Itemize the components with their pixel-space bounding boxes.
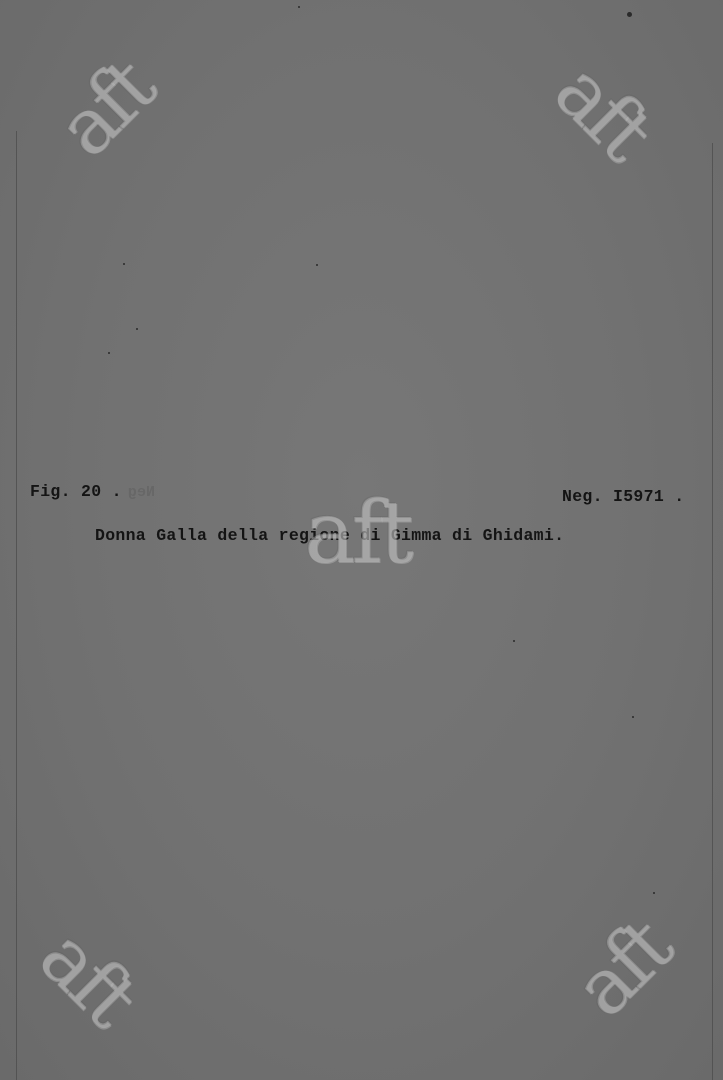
negative-number: Neg. I5971 . [562,487,684,506]
bleed-through-text: Neg [128,484,155,501]
watermark-bottom-right: aft [561,908,683,1030]
watermark-top-right: aft [541,50,663,172]
dust-speck [513,640,515,642]
figure-number: Fig. 20 . [30,482,122,501]
dust-speck [108,352,110,354]
watermark-bottom-left: aft [26,916,148,1038]
dust-speck [136,328,138,330]
dust-speck [627,12,632,17]
dust-speck [316,264,318,266]
card-right-edge [712,143,713,1080]
card-left-edge [16,131,17,1080]
archive-card: aft aft aft aft Neg Fig. 20 . Neg. I5971… [0,0,723,1080]
dust-speck [632,716,634,718]
dust-speck [298,6,300,8]
dust-speck [123,263,125,265]
watermark-center: aft [304,490,410,576]
watermark-top-left: aft [44,48,166,170]
dust-speck [653,892,655,894]
